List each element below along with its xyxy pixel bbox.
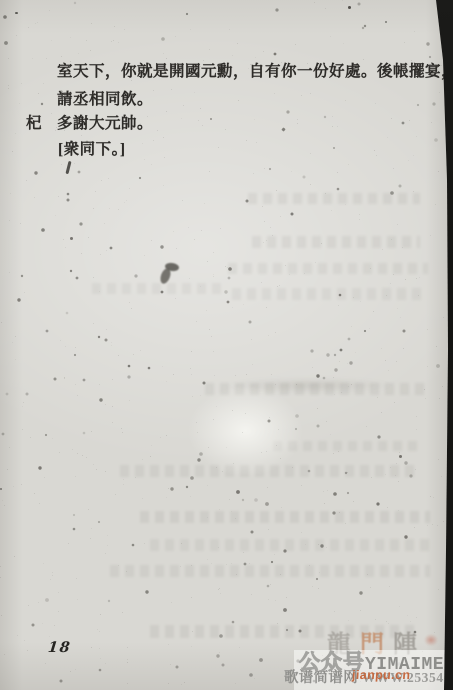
- paper-speck: [15, 12, 18, 14]
- water-stain: [188, 386, 303, 476]
- scanned-page: 室天下，你就是開國元勳，自有你一份好處。後帳擺宴， 請丞相同飲。 杞 多謝大元帥…: [0, 0, 453, 690]
- paper-speck: [281, 127, 285, 131]
- bleedthrough-text-band: [150, 539, 430, 551]
- bleedthrough-text-band: [92, 283, 222, 294]
- red-stamp-smudge: [424, 634, 438, 646]
- bleedthrough-text-band: [232, 288, 422, 300]
- bleedthrough-text-band: [140, 511, 430, 523]
- paper: 室天下，你就是開國元勳，自有你一份好處。後帳擺宴， 請丞相同飲。 杞 多謝大元帥…: [0, 0, 453, 690]
- paper-speck: [70, 237, 73, 240]
- speaker-label: 杞: [26, 111, 42, 133]
- watermark-overlay-url: jianpu.cn: [352, 668, 411, 682]
- paper-speck: [348, 6, 351, 9]
- stage-direction: [衆同下。]: [58, 137, 126, 159]
- page-number: 18: [47, 639, 72, 656]
- dialogue-line-1: 室天下，你就是開國元勳，自有你一份好處。後帳擺宴，: [57, 59, 453, 81]
- bleedthrough-text-band: [248, 193, 420, 204]
- dialogue-line-3: 多謝大元帥。: [57, 111, 153, 133]
- paper-specks: [0, 0, 2, 2]
- ink-tick-mark: [65, 161, 71, 174]
- bleedthrough-text-band: [228, 263, 428, 274]
- dialogue-line-2: 請丞相同飲。: [57, 87, 153, 109]
- bleedthrough-text-band: [110, 565, 430, 577]
- paper-speck: [399, 455, 402, 458]
- bleedthrough-text-band: [252, 236, 420, 248]
